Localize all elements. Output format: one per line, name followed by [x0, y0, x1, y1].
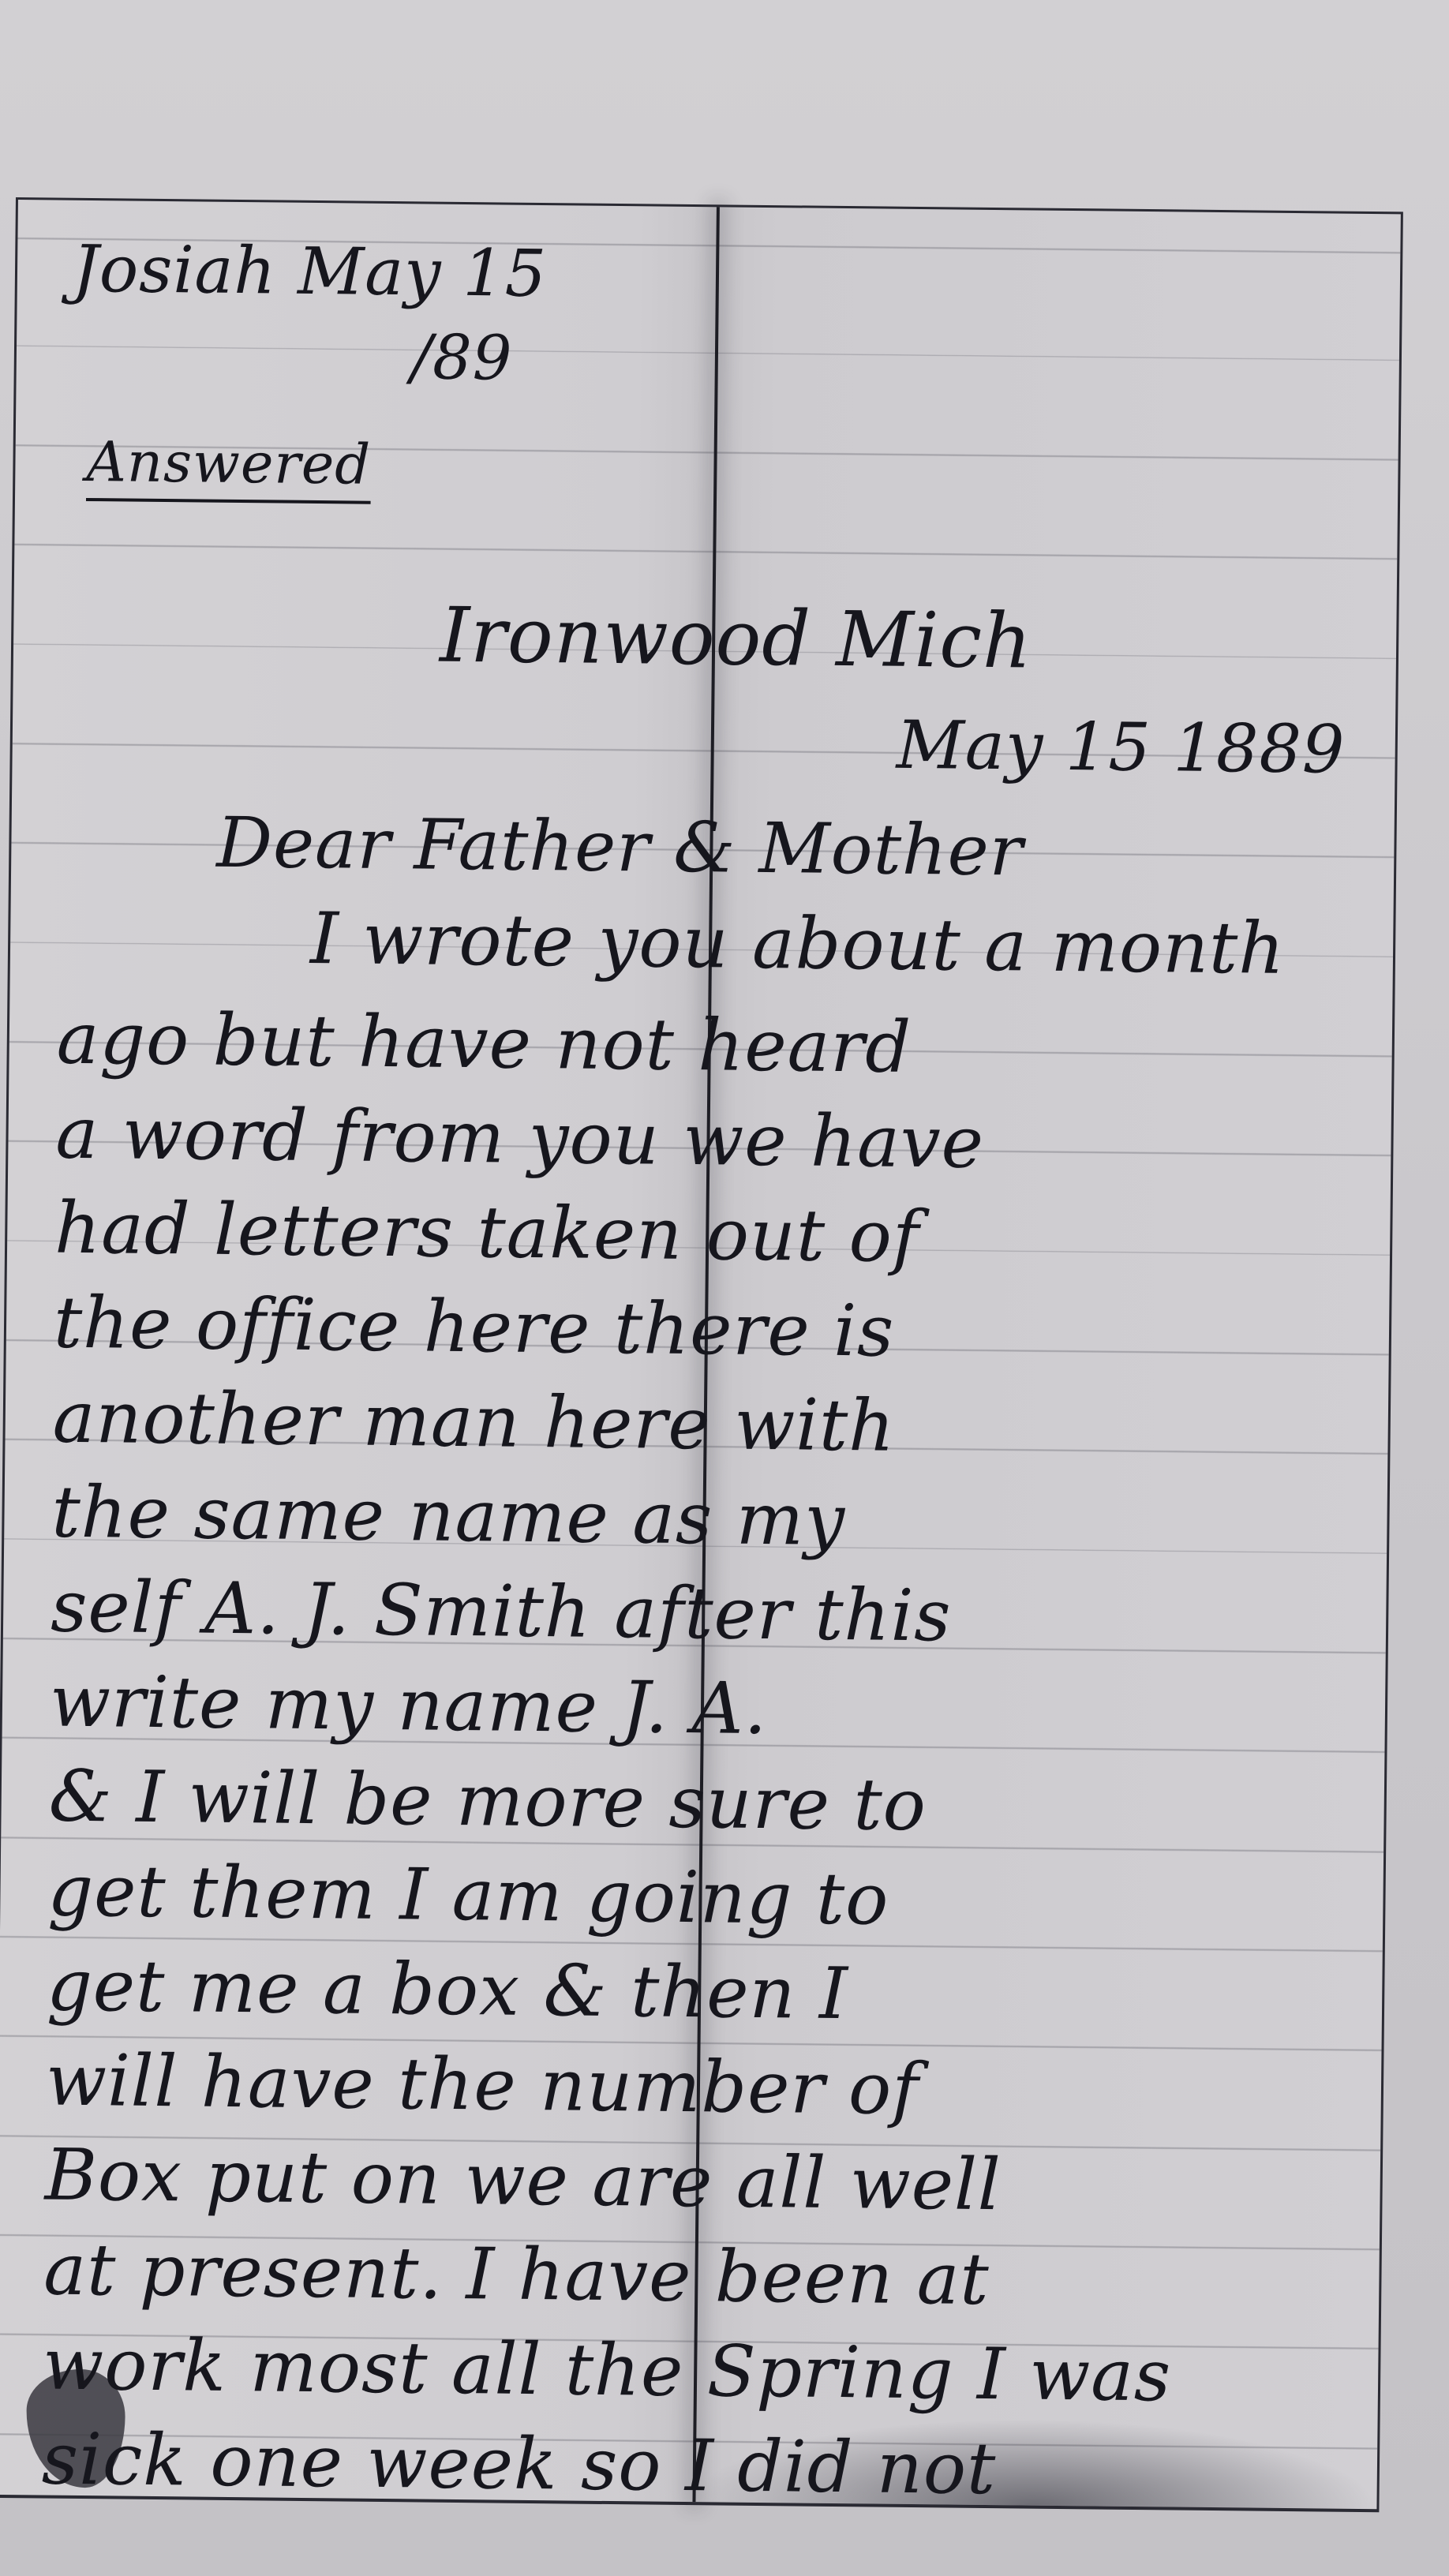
body-line-11: get them I am going to [47, 1850, 889, 1941]
body-line-13: will have the number of [45, 2039, 919, 2132]
letter-place: Ironwood Mich [440, 591, 1033, 686]
annotation-name-date: Josiah May 15 [73, 232, 548, 312]
body-line-14: Box put on we are all well [44, 2134, 1002, 2227]
body-line-5: the office here there is [54, 1282, 895, 1373]
body-line-4: had letters taken out of [54, 1187, 920, 1279]
body-line-1: I wrote you about a month [310, 897, 1286, 990]
body-line-7: the same name as my [51, 1471, 846, 1563]
body-line-9: write my name J. A. [49, 1661, 767, 1751]
annotation-year: /89 [410, 322, 512, 394]
annotation-answered: Answered [86, 429, 371, 497]
body-line-2: ago but have not heard [56, 998, 912, 1089]
body-line-6: another man here with [52, 1376, 896, 1468]
letter-page: Josiah May 15 /89 Answered Ironwood Mich… [0, 197, 1403, 2512]
body-line-12: get me a box & then I [47, 1945, 849, 2036]
body-line-15: at present. I have been at [43, 2229, 990, 2322]
letter-date: May 15 1889 [896, 706, 1346, 788]
letter-salutation: Dear Father & Mother [216, 802, 1024, 892]
body-line-8: self A. J. Smith after this [51, 1566, 952, 1658]
body-line-10: & I will be more sure to [48, 1755, 927, 1848]
body-line-17: sick one week so I did not [41, 2418, 996, 2511]
body-line-3: a word from you we have [55, 1092, 984, 1185]
body-line-16: work most all the Spring I was [43, 2323, 1172, 2418]
